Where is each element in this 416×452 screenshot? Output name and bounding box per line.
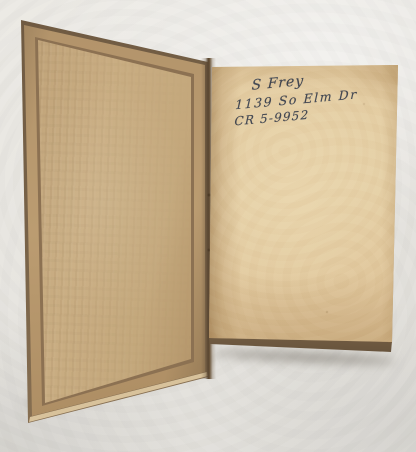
- front-endpaper-page: S Frey 1139 So Elm Dr CR 5-9952: [209, 64, 398, 354]
- inscription-address: 1139 So Elm Dr: [235, 83, 391, 114]
- book-photograph: S Frey 1139 So Elm Dr CR 5-9952: [0, 0, 416, 452]
- inside-front-cover: [21, 20, 208, 423]
- inscription-phone: CR 5-9952: [234, 100, 390, 131]
- handwritten-inscription: S Frey 1139 So Elm Dr CR 5-9952: [234, 65, 391, 130]
- inscription-owner-name: S Frey: [235, 65, 391, 96]
